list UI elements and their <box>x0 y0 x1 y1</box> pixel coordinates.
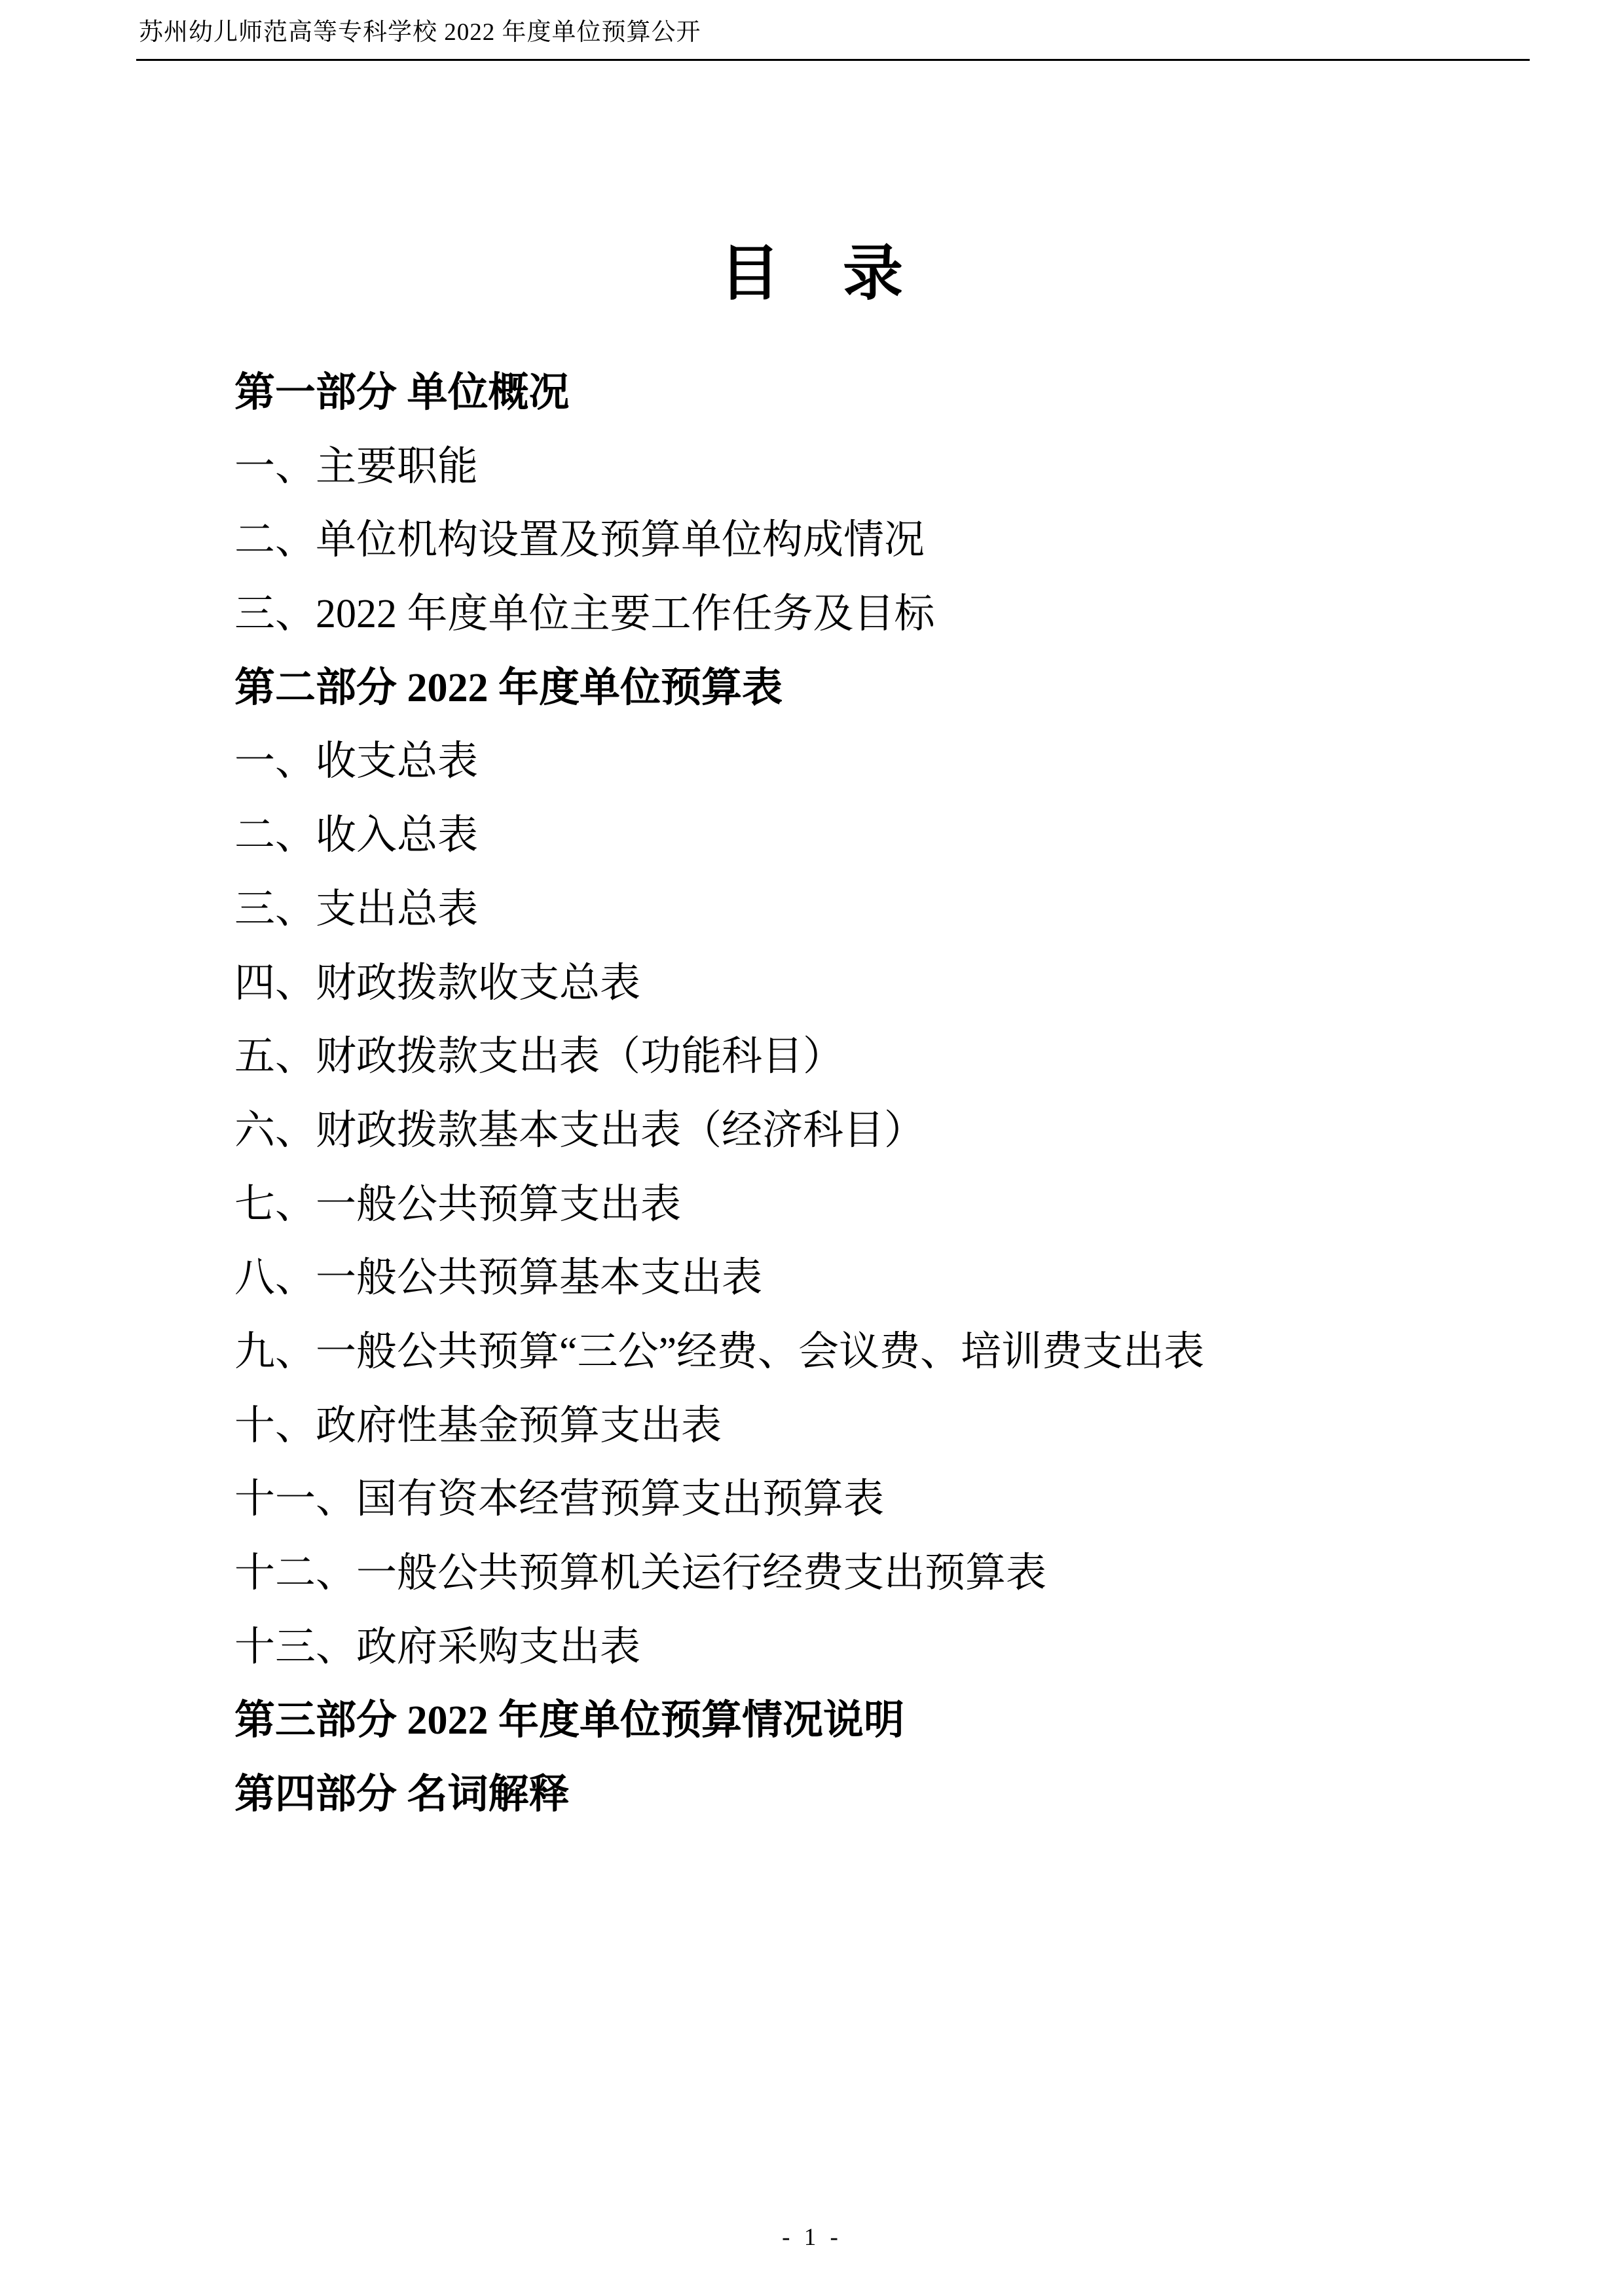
toc-item: 三、支出总表 <box>234 873 1545 947</box>
page-header-text: 苏州幼儿师范高等专科学校 2022 年度单位预算公开 <box>139 18 701 47</box>
header-rule-line <box>136 59 1530 61</box>
toc-item: 五、财政拨款支出表（功能科目） <box>234 1020 1545 1094</box>
toc-item: 十、政府性基金预算支出表 <box>234 1389 1545 1463</box>
toc-item: 十三、政府采购支出表 <box>234 1611 1545 1685</box>
toc-item: 一、主要职能 <box>234 430 1545 504</box>
page-title: 目 录 <box>0 241 1624 307</box>
toc-item: 第三部分 2022 年度单位预算情况说明 <box>234 1684 1545 1758</box>
toc-item: 一、收支总表 <box>234 725 1545 799</box>
toc-item: 第二部分 2022 年度单位预算表 <box>234 651 1545 725</box>
toc-item: 二、收入总表 <box>234 799 1545 873</box>
toc-item: 九、一般公共预算“三公”经费、会议费、培训费支出表 <box>234 1315 1545 1389</box>
document-page: 苏州幼儿师范高等专科学校 2022 年度单位预算公开 目 录 第一部分 单位概况… <box>0 0 1624 2296</box>
toc-item: 六、财政拨款基本支出表（经济科目） <box>234 1094 1545 1168</box>
toc-item: 七、一般公共预算支出表 <box>234 1168 1545 1242</box>
toc-item: 四、财政拨款收支总表 <box>234 947 1545 1021</box>
toc-item: 八、一般公共预算基本支出表 <box>234 1241 1545 1315</box>
toc-item: 十二、一般公共预算机关运行经费支出预算表 <box>234 1537 1545 1611</box>
toc-item: 十一、国有资本经营预算支出预算表 <box>234 1463 1545 1537</box>
toc-list: 第一部分 单位概况一、主要职能二、单位机构设置及预算单位构成情况三、2022 年… <box>234 356 1545 1832</box>
page-footer: - 1 - <box>0 2223 1624 2251</box>
toc-item: 三、2022 年度单位主要工作任务及目标 <box>234 577 1545 651</box>
toc-item: 第四部分 名词解释 <box>234 1758 1545 1832</box>
page-number: - 1 - <box>782 2224 842 2251</box>
toc-item: 第一部分 单位概况 <box>234 356 1545 430</box>
toc-item: 二、单位机构设置及预算单位构成情况 <box>234 503 1545 577</box>
